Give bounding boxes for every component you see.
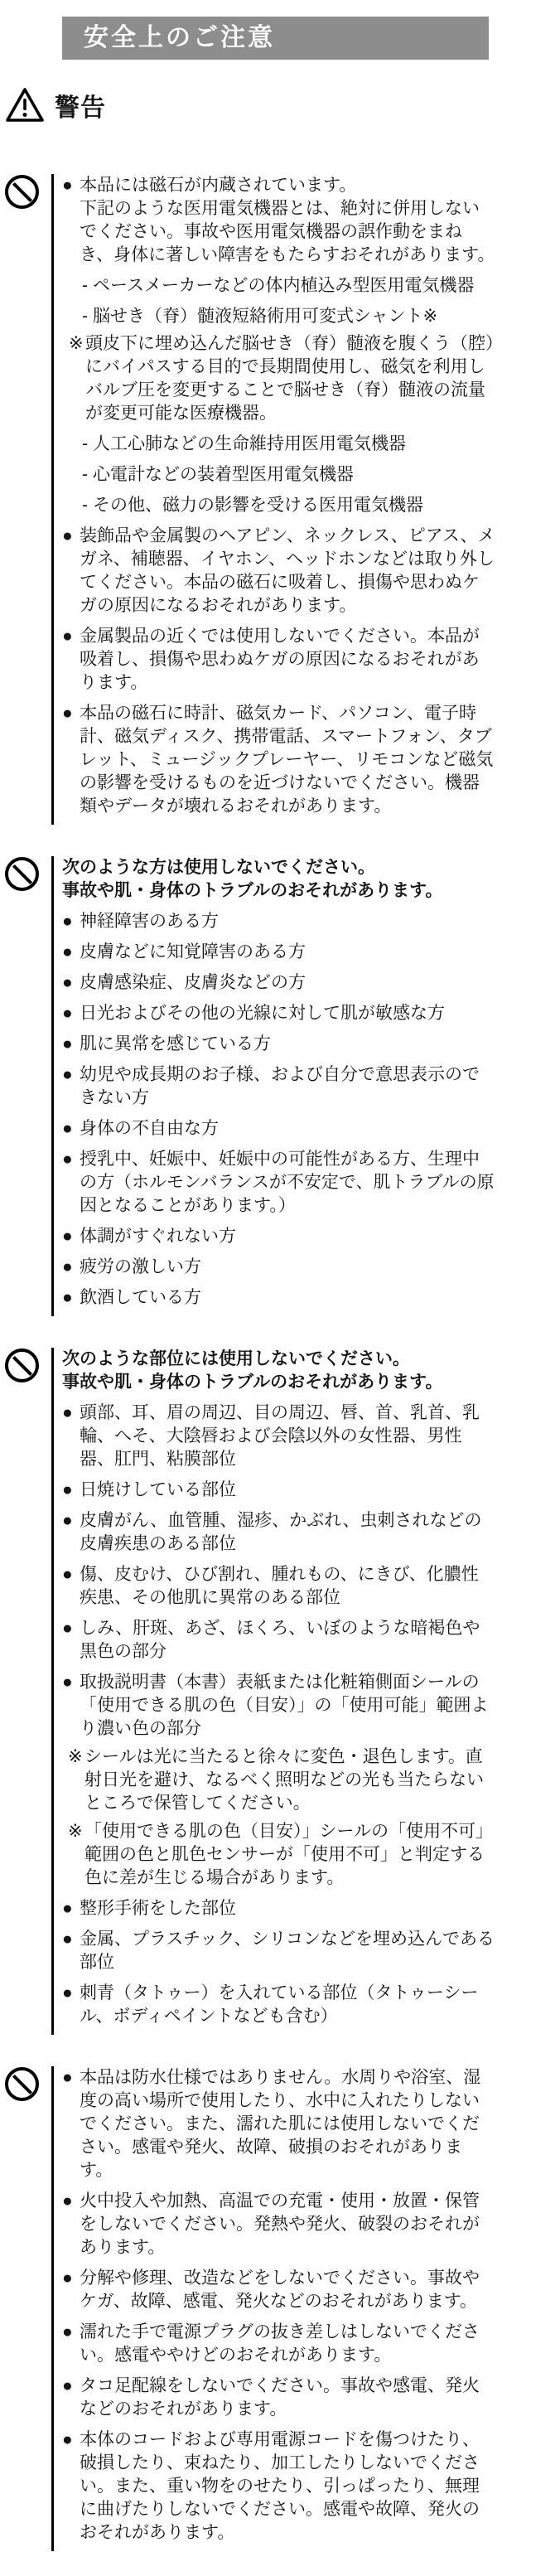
list-text: 皮膚などに知覚障害のある方 xyxy=(80,941,495,964)
list-text: 頭皮下に埋め込んだ脳せき（脊）髄液を腹くう（腔）にバイパスする目的で長期間使用し… xyxy=(85,332,495,425)
list-marker: ● xyxy=(62,1117,80,1140)
list-marker: ● xyxy=(62,941,80,964)
list-text: シールは光に当たると徐々に変色・退色します。直射日光を避け、なるべく照明などの光… xyxy=(84,1746,495,1815)
list-text: 身体の不自由な方 xyxy=(80,1117,495,1140)
list-text: 授乳中、妊娠中、妊娠中の可能性がある方、生理中の方（ホルモンバランスが不安定で、… xyxy=(80,1148,495,1218)
list-item: ※ 「使用できる肌の色（目安）」シールの「使用不可」範囲の色と肌色センサーが「使… xyxy=(62,1820,495,1890)
list-item: ● 本品には磁石が内蔵されています。 下記のような医用電気機器とは、絶対に併用し… xyxy=(62,174,495,267)
list-text: 取扱説明書（本書）表紙または化粧箱側面シールの「使用できる肌の色（目安）」の「使… xyxy=(80,1671,495,1741)
list-marker: ● xyxy=(62,1928,80,1974)
list-text: 頭部、耳、眉の周辺、目の周辺、唇、首、乳首、乳輪、へそ、大陰唇および会陰以外の女… xyxy=(80,1402,495,1471)
list-item: ● 金属製品の近くでは使用しないでください。本品が吸着し、損傷や思わぬケガの原因… xyxy=(62,625,495,695)
list-item: ● 本品の磁石に時計、磁気カード、パソコン、電子時計、磁気ディスク、携帯電話、ス… xyxy=(62,702,495,818)
list-text: その他、磁力の影響を受ける医用電気機器 xyxy=(93,494,495,517)
section-icon-column xyxy=(0,2066,51,2551)
list-text: 刺青（タトゥー）を入れている部位（タトゥーシール、ボディペイントなども含む） xyxy=(80,1982,495,2028)
list-marker: - xyxy=(82,463,93,487)
list-item: ※ 頭皮下に埋め込んだ脳せき（脊）髄液を腹くう（腔）にバイパスする目的で長期間使… xyxy=(62,332,495,425)
list-text: 装飾品や金属製のヘアピン、ネックレス、ピアス、メガネ、補聴器、イヤホン、ヘッドホ… xyxy=(80,525,495,617)
page-title: 安全上のご注意 xyxy=(84,24,275,51)
list-text: 幼児や成長期のお子様、および自分で意思表示のできない方 xyxy=(80,1063,495,1110)
list-marker: ※ xyxy=(68,1746,84,1815)
section-content: ● 本品には磁石が内蔵されています。 下記のような医用電気機器とは、絶対に併用し… xyxy=(51,174,555,825)
list-item: ● 日焼けしている部位 xyxy=(62,1479,495,1502)
list-item: ● 頭部、耳、眉の周辺、目の周辺、唇、首、乳首、乳輪、へそ、大陰唇および会陰以外… xyxy=(62,1402,495,1471)
list-text: 疲労の激しい方 xyxy=(80,1256,495,1279)
list-marker: ● xyxy=(62,1671,80,1741)
list-text: 火中投入や加熱、高温での充電・使用・放置・保管をしないでください。発熱や発火、破… xyxy=(80,2190,495,2259)
list-text: 日光およびその他の光線に対して肌が敏感な方 xyxy=(80,1002,495,1025)
warning-triangle-icon xyxy=(5,87,45,123)
list-marker: ● xyxy=(62,1509,80,1556)
list-text: 分解や修理、改造などをしないでください。事故やケガ、故障、感電、発火などのおそれ… xyxy=(80,2267,495,2313)
section-content: 次のような部位には使用しないでください。 事故や肌・身体のトラブルのおそれがあり… xyxy=(51,1348,555,2035)
list-item: ● 分解や修理、改造などをしないでください。事故やケガ、故障、感電、発火などのお… xyxy=(62,2267,495,2313)
list-marker: ● xyxy=(62,1063,80,1110)
list-item: ● しみ、肝斑、あざ、ほくろ、いぼのような暗褐色や黒色の部分 xyxy=(62,1617,495,1663)
list-marker: ● xyxy=(62,1256,80,1279)
prohibition-icon xyxy=(5,2067,39,2101)
list-item: ● タコ足配線をしないでください。事故や感電、発火などのおそれがあります。 xyxy=(62,2375,495,2421)
list-item: ● 本品は防水仕様ではありません。水周りや浴室、湿度の高い場所で使用したり、水中… xyxy=(62,2066,495,2182)
list-item: ● 飲酒している方 xyxy=(62,1286,495,1310)
section-content: ● 本品は防水仕様ではありません。水周りや浴室、湿度の高い場所で使用したり、水中… xyxy=(51,2066,555,2551)
list-text: しみ、肝斑、あざ、ほくろ、いぼのような暗褐色や黒色の部分 xyxy=(80,1617,495,1663)
list-item: - 心電計などの装着型医用電気機器 xyxy=(62,463,495,487)
list-item: ● 身体の不自由な方 xyxy=(62,1117,495,1140)
list-text: 傷、皮むけ、ひび割れ、腫れもの、にきび、化膿性疾患、その他肌に異常のある部位 xyxy=(80,1563,495,1610)
prohibition-section-persons: 次のような方は使用しないでください。 事故や肌・身体のトラブルのおそれがあります… xyxy=(0,856,555,1316)
list-marker: ● xyxy=(62,971,80,995)
section-icon-column xyxy=(0,174,51,825)
list-item: 次のような部位には使用しないでください。 事故や肌・身体のトラブルのおそれがあり… xyxy=(62,1348,495,1394)
prohibition-icon xyxy=(5,175,39,209)
list-item: ● 取扱説明書（本書）表紙または化粧箱側面シールの「使用できる肌の色（目安）」の… xyxy=(62,1671,495,1741)
warning-label: 警告 xyxy=(55,87,106,123)
warning-heading: 警告 xyxy=(5,86,555,124)
list-item: - その他、磁力の影響を受ける医用電気機器 xyxy=(62,494,495,517)
list-item: ● 火中投入や加熱、高温での充電・使用・放置・保管をしないでください。発熱や発火… xyxy=(62,2190,495,2259)
list-text: 脳せき（脊）髄液短絡術用可変式シャント※ xyxy=(93,305,495,328)
list-item: ● 刺青（タトゥー）を入れている部位（タトゥーシール、ボディペイントなども含む） xyxy=(62,1982,495,2028)
list-text: 人工心肺などの生命維持用医用電気機器 xyxy=(93,433,495,456)
list-item: ● 皮膚感染症、皮膚炎などの方 xyxy=(62,971,495,995)
list-item: ● 肌に異常を感じている方 xyxy=(62,1033,495,1056)
list-text: ペースメーカーなどの体内植込み型医用電気機器 xyxy=(93,274,495,298)
list-marker: ● xyxy=(62,702,80,818)
list-item: ● 本体のコードおよび専用電源コードを傷つけたり、破損したり、束ねたり、加工した… xyxy=(62,2428,495,2545)
list-marker: - xyxy=(82,305,93,328)
list-marker: ※ xyxy=(69,332,85,425)
prohibition-icon xyxy=(5,1349,39,1382)
section-content: 次のような方は使用しないでください。 事故や肌・身体のトラブルのおそれがあります… xyxy=(51,856,555,1316)
list-marker: ● xyxy=(62,625,80,695)
list-item: ● 日光およびその他の光線に対して肌が敏感な方 xyxy=(62,1002,495,1025)
prohibition-section-handling: ● 本品は防水仕様ではありません。水周りや浴室、湿度の高い場所で使用したり、水中… xyxy=(0,2066,555,2551)
list-item: ● 金属、プラスチック、シリコンなどを埋め込んである部位 xyxy=(62,1928,495,1974)
list-text: 体調がすぐれない方 xyxy=(80,1225,495,1248)
list-item: ● 体調がすぐれない方 xyxy=(62,1225,495,1248)
list-item: - ペースメーカーなどの体内植込み型医用電気機器 xyxy=(62,274,495,298)
list-marker: ● xyxy=(62,2375,80,2421)
list-marker: - xyxy=(82,494,93,517)
list-text: 皮膚がん、血管腫、湿疹、かぶれ、虫刺されなどの皮膚疾患のある部位 xyxy=(80,1509,495,1556)
list-item: ※ シールは光に当たると徐々に変色・退色します。直射日光を避け、なるべく照明など… xyxy=(62,1746,495,1815)
section-icon-column xyxy=(0,1348,51,2035)
list-marker: ● xyxy=(62,1617,80,1663)
list-text: 金属、プラスチック、シリコンなどを埋め込んである部位 xyxy=(80,1928,495,1974)
list-marker: ● xyxy=(62,2267,80,2313)
list-text: 肌に異常を感じている方 xyxy=(80,1033,495,1056)
list-item: ● 皮膚などに知覚障害のある方 xyxy=(62,941,495,964)
list-text: 「使用できる肌の色（目安）」シールの「使用不可」範囲の色と肌色センサーが「使用不… xyxy=(84,1820,495,1890)
prohibition-section-body-parts: 次のような部位には使用しないでください。 事故や肌・身体のトラブルのおそれがあり… xyxy=(0,1348,555,2035)
prohibition-section-magnet: ● 本品には磁石が内蔵されています。 下記のような医用電気機器とは、絶対に併用し… xyxy=(0,174,555,825)
list-marker: ● xyxy=(62,2190,80,2259)
list-item: - 人工心肺などの生命維持用医用電気機器 xyxy=(62,433,495,456)
list-text: 本品は防水仕様ではありません。水周りや浴室、湿度の高い場所で使用したり、水中に入… xyxy=(80,2066,495,2182)
list-item: ● 濡れた手で電源プラグの抜き差しはしないでください。感電ややけどのおそれがあり… xyxy=(62,2321,495,2367)
list-marker: ● xyxy=(62,1225,80,1248)
list-item: ● 皮膚がん、血管腫、湿疹、かぶれ、虫刺されなどの皮膚疾患のある部位 xyxy=(62,1509,495,1556)
list-marker: ※ xyxy=(68,1820,84,1890)
list-marker: - xyxy=(82,274,93,298)
list-text: 本品の磁石に時計、磁気カード、パソコン、電子時計、磁気ディスク、携帯電話、スマー… xyxy=(80,702,495,818)
list-item: 次のような方は使用しないでください。 事故や肌・身体のトラブルのおそれがあります… xyxy=(62,856,495,903)
list-item: ● 神経障害のある方 xyxy=(62,910,495,933)
list-marker: ● xyxy=(62,525,80,617)
list-marker: ● xyxy=(62,1033,80,1056)
list-marker: ● xyxy=(62,2321,80,2367)
list-marker: ● xyxy=(62,1286,80,1310)
list-text: 金属製品の近くでは使用しないでください。本品が吸着し、損傷や思わぬケガの原因にな… xyxy=(80,625,495,695)
list-text: 整形手術をした部位 xyxy=(80,1897,495,1920)
list-item: ● 疲労の激しい方 xyxy=(62,1256,495,1279)
list-item: - 脳せき（脊）髄液短絡術用可変式シャント※ xyxy=(62,305,495,328)
list-marker: ● xyxy=(62,2066,80,2182)
list-text: 日焼けしている部位 xyxy=(80,1479,495,1502)
list-item: ● 幼児や成長期のお子様、および自分で意思表示のできない方 xyxy=(62,1063,495,1110)
list-marker: - xyxy=(82,433,93,456)
list-text: 濡れた手で電源プラグの抜き差しはしないでください。感電ややけどのおそれがあります… xyxy=(80,2321,495,2367)
list-item: ● 装飾品や金属製のヘアピン、ネックレス、ピアス、メガネ、補聴器、イヤホン、ヘッ… xyxy=(62,525,495,617)
list-marker: ● xyxy=(62,2428,80,2545)
section-icon-column xyxy=(0,856,51,1316)
list-marker: ● xyxy=(62,1148,80,1218)
safety-instructions-page: 安全上のご注意 警告 ● 本品には磁石が内蔵されています。 下記のような医用電気… xyxy=(0,17,555,2576)
list-marker: ● xyxy=(62,1479,80,1502)
list-text: 心電計などの装着型医用電気機器 xyxy=(93,463,495,487)
list-marker: ● xyxy=(62,1982,80,2028)
list-text: 本品には磁石が内蔵されています。 下記のような医用電気機器とは、絶対に併用しない… xyxy=(80,174,495,267)
list-text: 本体のコードおよび専用電源コードを傷つけたり、破損したり、束ねたり、加工したりし… xyxy=(80,2428,495,2545)
page-title-bar: 安全上のご注意 xyxy=(62,17,489,60)
list-item: ● 授乳中、妊娠中、妊娠中の可能性がある方、生理中の方（ホルモンバランスが不安定… xyxy=(62,1148,495,1218)
list-text: 皮膚感染症、皮膚炎などの方 xyxy=(80,971,495,995)
list-marker: ● xyxy=(62,1563,80,1610)
prohibition-icon xyxy=(5,857,39,891)
list-text: タコ足配線をしないでください。事故や感電、発火などのおそれがあります。 xyxy=(80,2375,495,2421)
list-item: ● 整形手術をした部位 xyxy=(62,1897,495,1920)
list-item: ● 傷、皮むけ、ひび割れ、腫れもの、にきび、化膿性疾患、その他肌に異常のある部位 xyxy=(62,1563,495,1610)
list-text: 飲酒している方 xyxy=(80,1286,495,1310)
list-marker: ● xyxy=(62,1897,80,1920)
list-marker: ● xyxy=(62,1402,80,1471)
list-marker: ● xyxy=(62,910,80,933)
list-text: 次のような部位には使用しないでください。 事故や肌・身体のトラブルのおそれがあり… xyxy=(62,1348,495,1394)
list-marker: ● xyxy=(62,1002,80,1025)
list-text: 神経障害のある方 xyxy=(80,910,495,933)
list-text: 次のような方は使用しないでください。 事故や肌・身体のトラブルのおそれがあります… xyxy=(62,856,495,903)
list-marker: ● xyxy=(62,174,80,267)
